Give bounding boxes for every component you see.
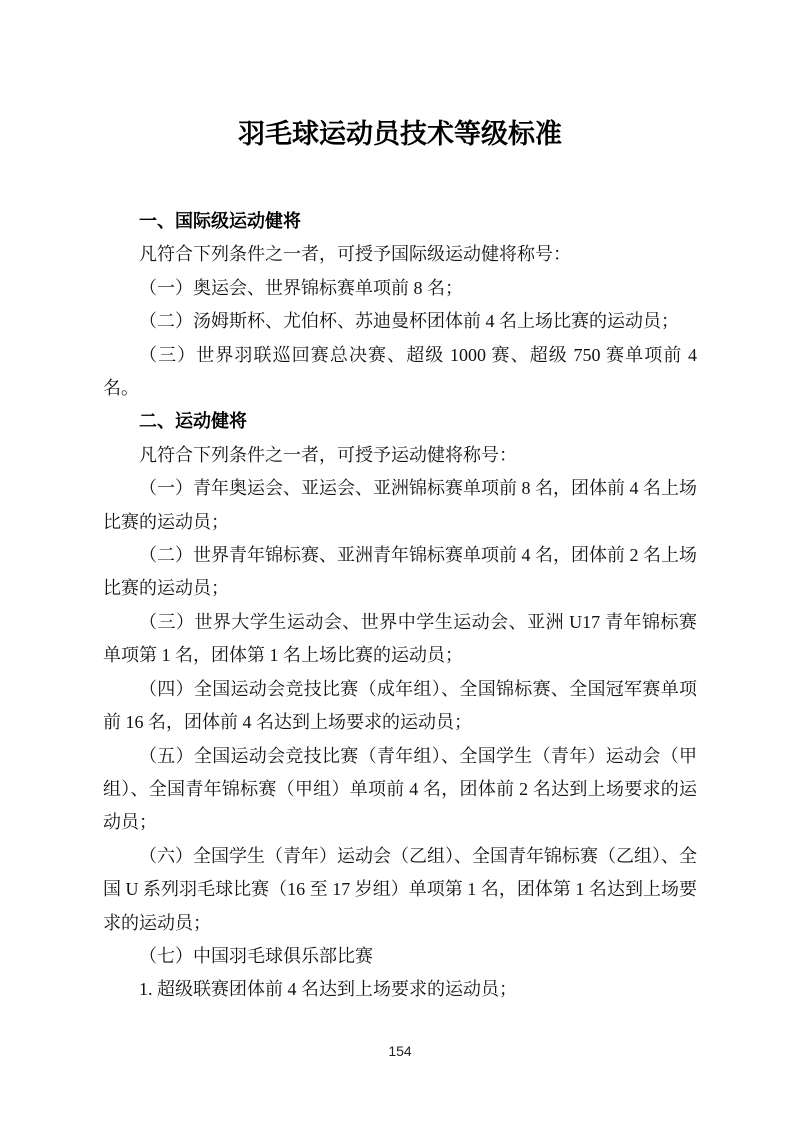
- document-body: 一、国际级运动健将凡符合下列条件之一者，可授予国际级运动健将称号：（一）奥运会、…: [103, 205, 697, 1007]
- paragraph: （七）中国羽毛球俱乐部比赛: [103, 940, 697, 973]
- paragraph: 凡符合下列条件之一者，可授予运动健将称号：: [103, 439, 697, 472]
- section-heading: 一、国际级运动健将: [103, 205, 697, 238]
- paragraph: （二）汤姆斯杯、尤伯杯、苏迪曼杯团体前 4 名上场比赛的运动员；: [103, 305, 697, 338]
- page-number: 154: [0, 1043, 800, 1059]
- section-heading: 二、运动健将: [103, 405, 697, 438]
- paragraph: （二）世界青年锦标赛、亚洲青年锦标赛单项前 4 名，团体前 2 名上场比赛的运动…: [103, 539, 697, 606]
- paragraph: （五）全国运动会竞技比赛（青年组）、全国学生（青年）运动会（甲组）、全国青年锦标…: [103, 740, 697, 840]
- document-page: 羽毛球运动员技术等级标准 一、国际级运动健将凡符合下列条件之一者，可授予国际级运…: [0, 0, 800, 1131]
- paragraph: （六）全国学生（青年）运动会（乙组）、全国青年锦标赛（乙组）、全国 U 系列羽毛…: [103, 840, 697, 940]
- document-title: 羽毛球运动员技术等级标准: [0, 116, 800, 152]
- paragraph: （一）青年奥运会、亚运会、亚洲锦标赛单项前 8 名，团体前 4 名上场比赛的运动…: [103, 472, 697, 539]
- paragraph: （四）全国运动会竞技比赛（成年组）、全国锦标赛、全国冠军赛单项前 16 名，团体…: [103, 673, 697, 740]
- paragraph: （三）世界大学生运动会、世界中学生运动会、亚洲 U17 青年锦标赛单项第 1 名…: [103, 606, 697, 673]
- paragraph: （三）世界羽联巡回赛总决赛、超级 1000 赛、超级 750 赛单项前 4 名。: [103, 339, 697, 406]
- paragraph: 1. 超级联赛团体前 4 名达到上场要求的运动员；: [103, 973, 697, 1006]
- paragraph: 凡符合下列条件之一者，可授予国际级运动健将称号：: [103, 238, 697, 271]
- paragraph: （一）奥运会、世界锦标赛单项前 8 名；: [103, 272, 697, 305]
